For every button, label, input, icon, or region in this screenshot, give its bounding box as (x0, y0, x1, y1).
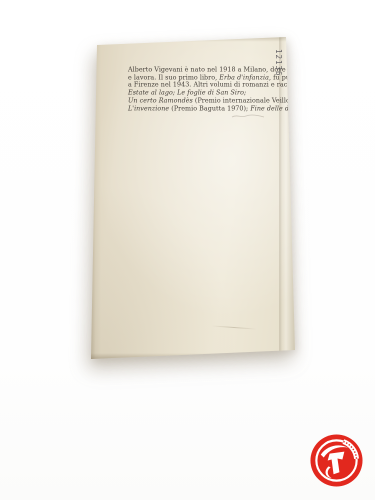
seller-logo-icon (309, 433, 364, 488)
bio-line: a Firenze nel 1943. Altri volumi di roma… (128, 81, 273, 89)
bio-line: Alberto Vigevani è nato nel 1918 a Milan… (128, 66, 273, 74)
pencil-mark (231, 111, 265, 121)
book-top-edge (91, 37, 295, 43)
stamped-number: 12136 (274, 49, 283, 89)
product-photo: Alberto Vigevani è nato nel 1918 a Milan… (0, 0, 375, 500)
bio-line: e lavora. Il suo primo libro, Erba d'inf… (128, 74, 273, 82)
book-bottom-edge (91, 352, 295, 359)
bio-text: Alberto Vigevani è nato nel 1918 a Milan… (128, 66, 273, 112)
bio-line: Estate al lago; Le foglie di San Siro; (128, 89, 273, 97)
cover-wrinkle (211, 325, 257, 329)
book-back-cover: Alberto Vigevani è nato nel 1918 a Milan… (91, 37, 295, 359)
book-shadow: Alberto Vigevani è nato nel 1918 a Milan… (0, 0, 375, 500)
bio-line: Un certo Ramondès (Premio internazionale… (128, 97, 273, 105)
book-spine-edge (91, 37, 101, 359)
